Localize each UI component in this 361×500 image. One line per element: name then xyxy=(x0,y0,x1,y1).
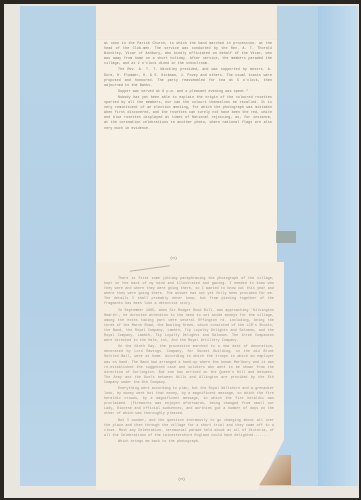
paragraph: There is first some jotting paraphrasing… xyxy=(104,277,274,308)
page-number: (n) xyxy=(170,257,177,261)
paragraph: Which brings me back to the photograph. xyxy=(104,440,274,445)
paragraph: In September 1905, when Sir Rodger Hood … xyxy=(104,309,274,345)
paragraph: at noon in the Parish Church, to which t… xyxy=(104,42,272,67)
paragraph: Nobody has yet been able to explain the … xyxy=(104,96,272,132)
paragraph: On the Ninth Day, the procession marched… xyxy=(104,345,274,386)
adhesive-tape-strip xyxy=(276,231,296,243)
page-number: (n) xyxy=(178,478,185,482)
paragraph: The Rev. A. T. T. Winckley presided, and… xyxy=(104,68,272,88)
paragraph: Supper was served at 9 p.m. and a pleasa… xyxy=(104,90,272,95)
underlying-sheet-top xyxy=(96,4,277,43)
blue-board-edge xyxy=(318,6,358,486)
page-one-body: at noon in the Parish Church, to which t… xyxy=(104,42,272,133)
page-two-body: There is first some jotting paraphrasing… xyxy=(104,277,274,446)
paragraph: But I wonder, and the question enormousl… xyxy=(104,419,274,439)
paragraph: Everything went according to plan, but t… xyxy=(104,387,274,418)
